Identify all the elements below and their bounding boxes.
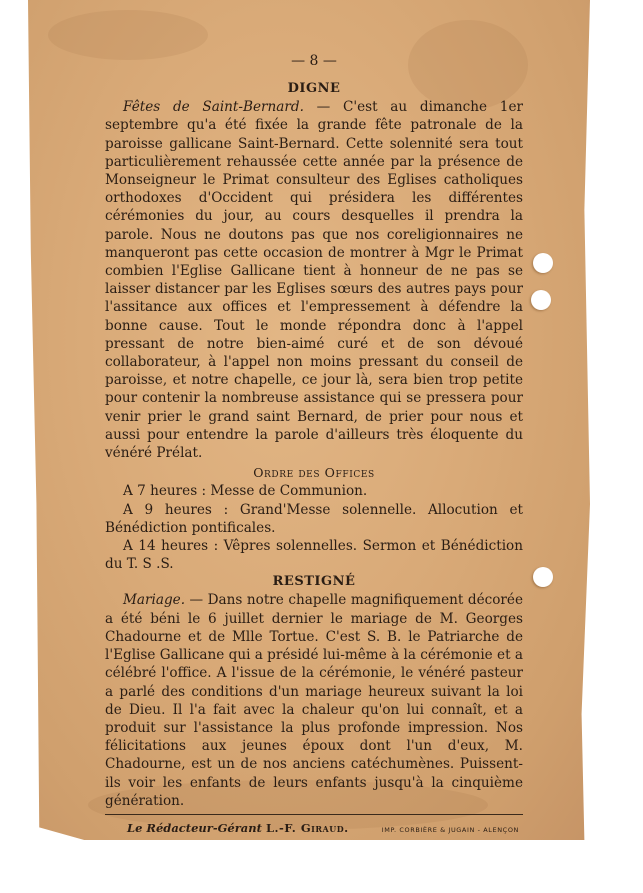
digne-paragraph: Fêtes de Saint-Bernard. — C'est au diman… <box>105 98 523 462</box>
office-item: A 14 heures : Vêpres solennelles. Sermon… <box>105 537 523 573</box>
restigne-body: — Dans notre chapelle magnifiquement déc… <box>105 592 523 808</box>
page-number: — 8 — <box>105 52 523 70</box>
section-heading-restigne: RESTIGNÉ <box>105 573 523 591</box>
editor-name: L.-F. Giraud. <box>266 821 349 835</box>
punch-hole <box>533 567 553 587</box>
punch-hole <box>531 290 551 310</box>
office-item: A 9 heures : Grand'Messe solennelle. All… <box>105 501 523 537</box>
offices-heading: Ordre des Offices <box>105 464 523 482</box>
document-body: — 8 — DIGNE Fêtes de Saint-Bernard. — C'… <box>105 52 523 839</box>
section-heading-digne: DIGNE <box>105 80 523 98</box>
footer: Le Rédacteur-Gérant L.-F. Giraud. IMP. C… <box>105 815 523 839</box>
office-item: A 7 heures : Messe de Communion. <box>105 482 523 500</box>
restigne-lead: Mariage. <box>123 592 185 608</box>
editor-label: Le Rédacteur-Gérant <box>127 821 262 835</box>
digne-body: — C'est au dimanche 1er septembre qu'a é… <box>105 99 523 461</box>
printer-credit: IMP. CORBIÈRE & JUGAIN - ALENÇON <box>382 821 519 839</box>
restigne-paragraph: Mariage. — Dans notre chapelle magnifiqu… <box>105 591 523 809</box>
digne-lead: Fêtes de Saint-Bernard. <box>123 99 304 115</box>
punch-hole <box>533 253 553 273</box>
editor-credit: Le Rédacteur-Gérant L.-F. Giraud. <box>127 819 349 837</box>
